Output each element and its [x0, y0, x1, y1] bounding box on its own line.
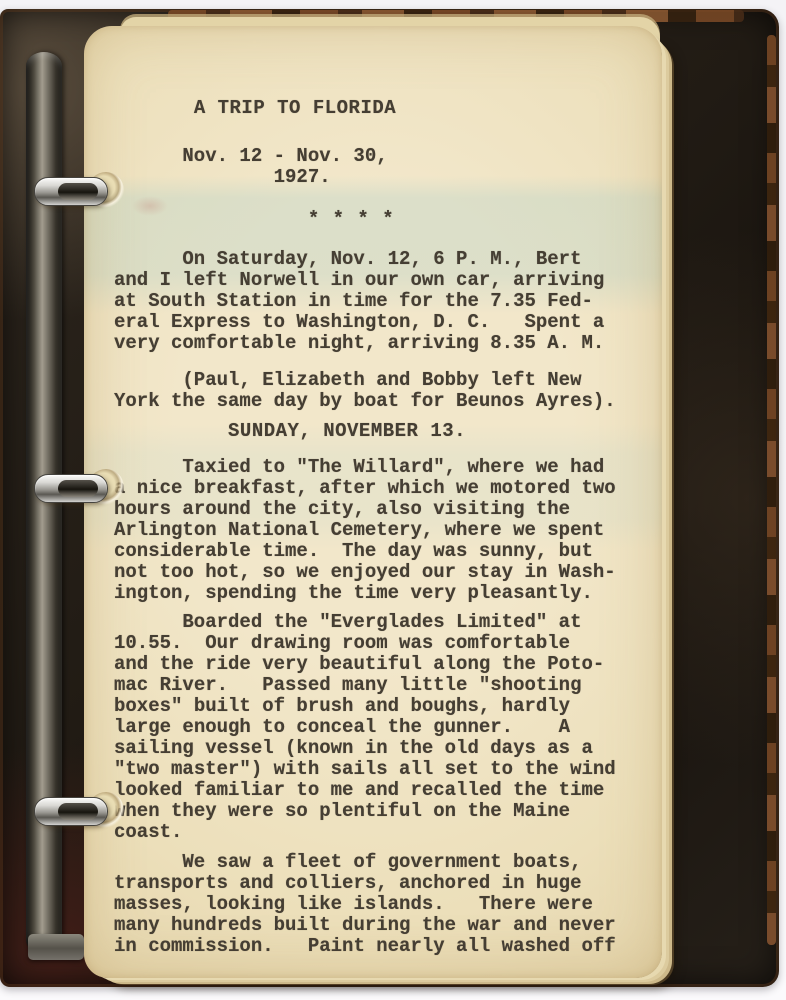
binder-ring — [34, 797, 108, 826]
journal-year: 1927. — [274, 167, 648, 188]
binder-spine-cap — [28, 934, 84, 960]
journal-paragraph: On Saturday, Nov. 12, 6 P. M., Bert and … — [114, 249, 648, 354]
journal-paragraph: We saw a fleet of government boats, tran… — [114, 852, 648, 957]
typed-text-block: A TRIP TO FLORIDA Nov. 12 - Nov. 30, 192… — [84, 26, 662, 978]
journal-page: A TRIP TO FLORIDA Nov. 12 - Nov. 30, 192… — [84, 26, 662, 978]
journal-paragraph: (Paul, Elizabeth and Bobby left New York… — [114, 370, 648, 412]
binder-worn-edge-right — [767, 35, 776, 945]
journal-date-range: Nov. 12 - Nov. 30, — [182, 146, 648, 167]
journal-title: A TRIP TO FLORIDA — [194, 98, 648, 119]
binder-ring — [34, 177, 108, 206]
binder-ring — [34, 474, 108, 503]
asterisk-divider: * * * * — [308, 209, 648, 230]
photo-background: A TRIP TO FLORIDA Nov. 12 - Nov. 30, 192… — [0, 0, 786, 1000]
journal-paragraph: Taxied to "The Willard", where we had a … — [114, 457, 648, 604]
journal-paragraph: Boarded the "Everglades Limited" at 10.5… — [114, 612, 648, 843]
day-heading: SUNDAY, NOVEMBER 13. — [228, 421, 648, 442]
